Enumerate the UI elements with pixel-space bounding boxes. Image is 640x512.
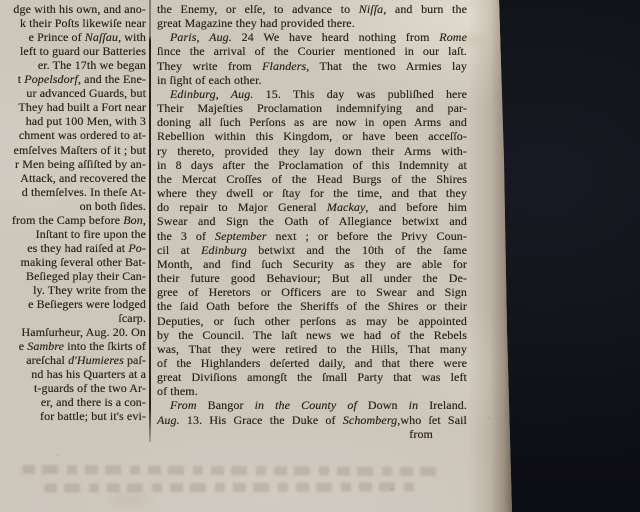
text-line: e Prince of Naſſau, with <box>29 30 146 44</box>
text-line: ſince the arrival of the Courier mention… <box>157 44 467 58</box>
text-line: ry thereto, provided they lay down their… <box>157 144 467 158</box>
text-line: their future good Behaviour; But all und… <box>157 271 467 285</box>
text-line: ly. They write from the <box>33 283 146 297</box>
text-line: of them. <box>157 384 467 398</box>
showthrough-smudge <box>22 465 442 476</box>
text-line: Beſieged play their Can- <box>26 269 146 283</box>
showthrough-smudge <box>44 482 416 492</box>
text-line: had put 100 Men, with 3 <box>26 114 146 128</box>
text-line: Attack, and recovered the <box>20 171 146 185</box>
text-line: Their Majeſties Proclamation indemnifyin… <box>157 101 467 115</box>
text-line: do repair to Major General Mackay, and b… <box>157 200 467 214</box>
text-line: Swear and Sign the Oath of Allegiance be… <box>157 214 467 228</box>
newspaper-photo: dge with his own, and ano-k their Poſts … <box>0 0 640 512</box>
text-line: er, and there is a con- <box>41 395 146 409</box>
left-text-column: dge with his own, and ano-k their Poſts … <box>0 0 146 440</box>
text-line: They had built a Fort near <box>18 100 146 114</box>
text-line: emſelves Maſters of it ; but <box>14 143 146 157</box>
text-line: ur advanced Guards, but <box>26 86 146 100</box>
text-line: They write from Flanders, That the two A… <box>157 59 467 73</box>
text-line: cil at Edinburg betwixt and the 10th of … <box>157 243 467 257</box>
text-line: the ſaid Oath before the Sheriffs of the… <box>157 299 467 313</box>
text-line: dge with his own, and ano- <box>13 2 146 16</box>
text-line: from the Camp before Bon, <box>12 213 146 227</box>
text-line: e Beſiegers were lodged <box>28 297 146 311</box>
text-line: t Popelsdorf, and the Ene- <box>18 72 146 86</box>
text-line: areſchal d'Humieres paſ- <box>26 353 146 367</box>
text-line: great Magazine they had provided there. <box>157 16 467 30</box>
text-line: from <box>157 427 467 441</box>
text-line: e Sambre into the ſkirts of <box>19 339 146 353</box>
text-line: t-guards of the two Ar- <box>34 381 146 395</box>
text-line: es they had raiſed at Po- <box>27 241 146 255</box>
text-line: r Men being aſſiſted by an- <box>15 157 146 171</box>
text-line: by the Council. The laſt news we had of … <box>157 328 467 342</box>
text-line: the 3 of September next ; or before the … <box>157 229 467 243</box>
paper-page: dge with his own, and ano-k their Poſts … <box>0 0 640 512</box>
text-line: for battle; but it's evi- <box>40 409 146 423</box>
text-line: making ſeveral other Bat- <box>21 255 146 269</box>
text-line: doning all ſuch Perſons as are now in op… <box>157 115 467 129</box>
text-line: chment was ordered to at- <box>19 128 146 142</box>
text-line: Edinburg, Aug. 15. This day was publiſhe… <box>157 87 467 101</box>
text-line: nd has his Quarters at a <box>31 367 146 381</box>
text-line: gree of Heretors or Officers are to Swea… <box>157 285 467 299</box>
column-divider-rule <box>149 0 151 442</box>
text-line: the Enemy, or elſe, to advance to Niſſa,… <box>157 2 467 16</box>
text-line: great Diviſions amongſt the ſmall Party … <box>157 370 467 384</box>
text-line: in 8 days after the Proclamation of this… <box>157 158 467 172</box>
text-line: left to guard our Batteries <box>20 44 146 58</box>
text-line: on both ſides. <box>80 199 146 213</box>
text-line: Month, and find ſuch Security as they ar… <box>157 257 467 271</box>
text-line: Rebellion within this Kingdom, or have b… <box>157 129 467 143</box>
text-line: Inſtant to fire upon the <box>36 227 146 241</box>
text-line: of the Highlanders deſerted daily, and t… <box>157 356 467 370</box>
text-line: was, That they were retired to the Hills… <box>157 342 467 356</box>
text-line: er. The 17th we began <box>38 58 146 72</box>
text-line: From Bangor in the County of Down in Ire… <box>157 398 467 412</box>
text-line: d themſelves. In theſe At- <box>22 185 146 199</box>
text-line: in ſight of each other. <box>157 73 467 87</box>
text-line: ſcarp. <box>118 311 146 325</box>
text-line: k their Poſts likewiſe near <box>20 16 146 30</box>
text-line: Paris, Aug. 24 We have heard nothing fro… <box>157 30 467 44</box>
text-line: Deputies, or ſuch other perſons as may b… <box>157 314 467 328</box>
right-text-column: the Enemy, or elſe, to advance to Niſſa,… <box>157 0 467 450</box>
text-line: Aug. 13. His Grace the Duke of Schomberg… <box>157 413 467 427</box>
text-line: Hamſurheur, Aug. 20. On <box>22 325 146 339</box>
paper-edge-shadow <box>468 0 514 512</box>
text-line: where they dwell or ſtay for the time, a… <box>157 186 467 200</box>
text-line: the Mercat Croſſes of the Head Burgs of … <box>157 172 467 186</box>
